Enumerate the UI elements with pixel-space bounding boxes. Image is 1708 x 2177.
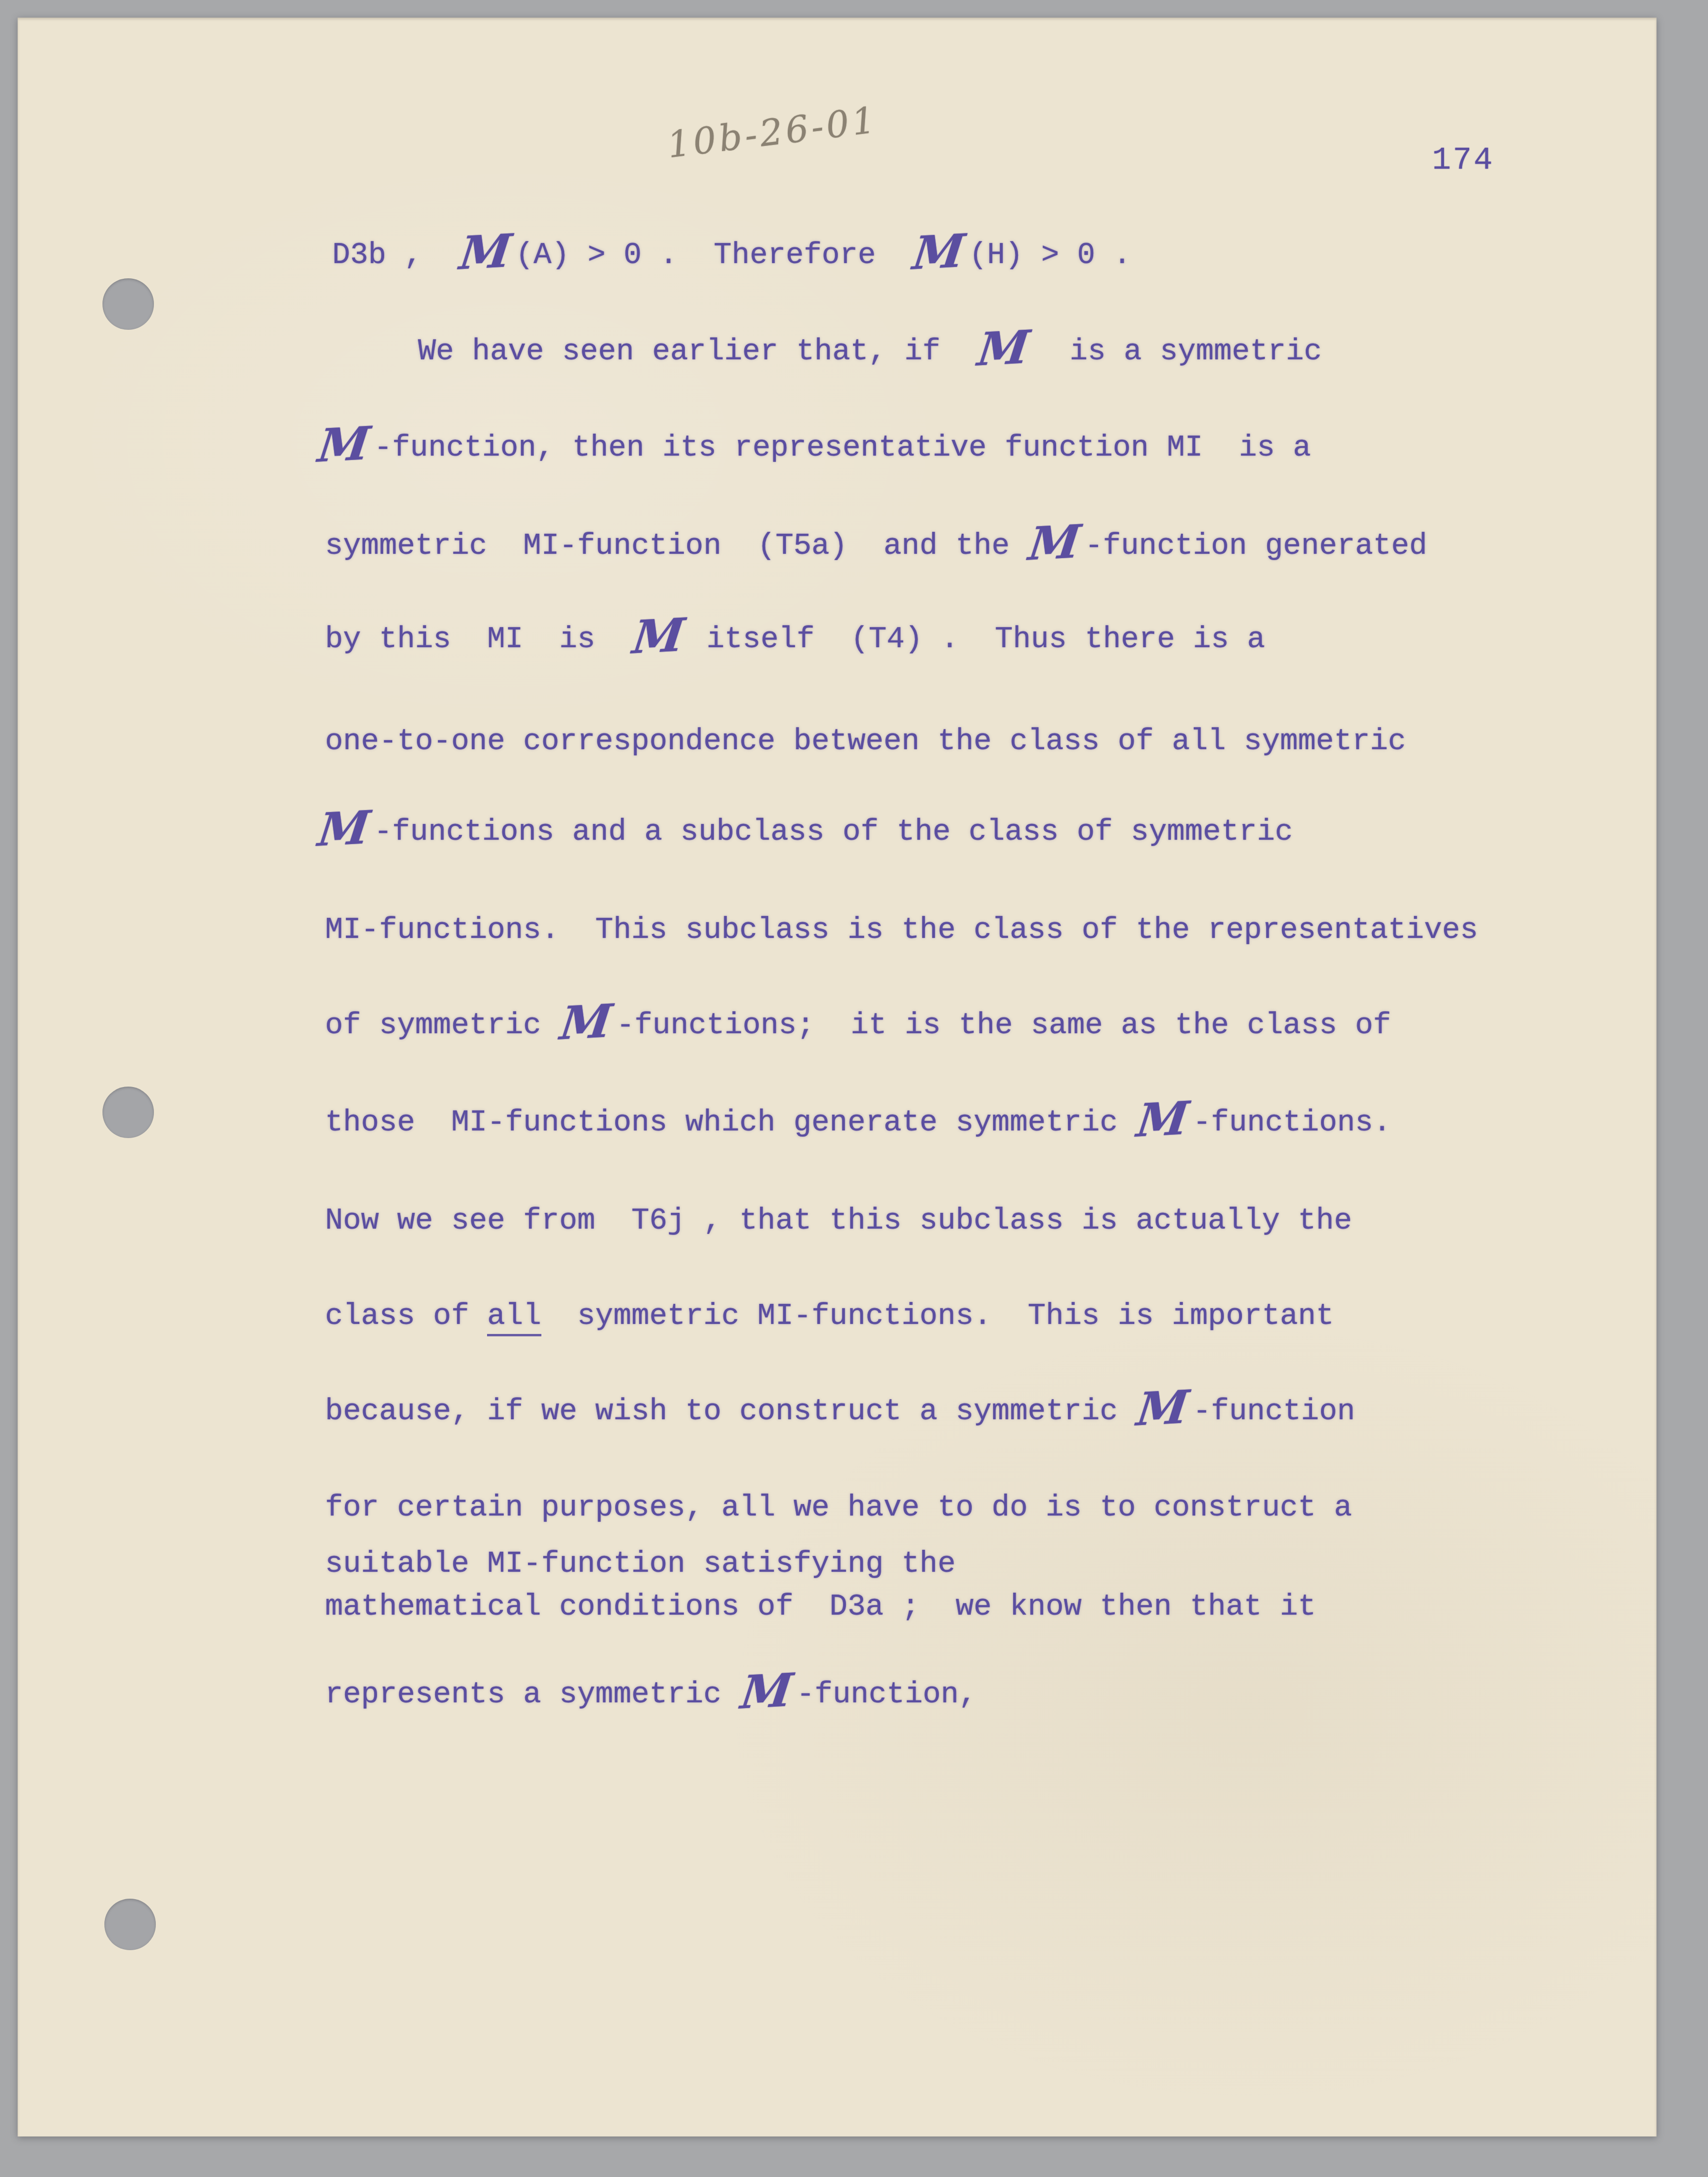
typed-text: -function, bbox=[797, 1678, 977, 1711]
script-M-symbol: M bbox=[1029, 541, 1080, 544]
typed-text: suitable MI-function satisfying the bbox=[325, 1547, 956, 1581]
typed-text: class of bbox=[325, 1299, 487, 1333]
punch-hole bbox=[102, 278, 154, 330]
typed-line: MI-functions. This subclass is the class… bbox=[325, 913, 1478, 948]
script-M-symbol: M bbox=[1138, 1118, 1189, 1121]
typed-line: Now we see from T6j , that this subclass… bbox=[325, 1203, 1352, 1239]
typed-line: of symmetric M-functions; it is the same… bbox=[325, 1008, 1391, 1043]
typed-text: (A) > 0 . Therefore bbox=[516, 238, 912, 272]
typed-line: M-functions and a subclass of the class … bbox=[317, 814, 1293, 850]
typed-text: itself (T4) . Thus there is a bbox=[689, 622, 1265, 656]
typed-text: MI-functions. This subclass is the class… bbox=[325, 913, 1478, 947]
underlined-text: all bbox=[487, 1299, 541, 1336]
typed-line: class of all symmetric MI-functions. Thi… bbox=[325, 1299, 1334, 1334]
typed-line: mathematical conditions of D3a ; we know… bbox=[325, 1589, 1316, 1625]
typed-line: D3b , M(A) > 0 . Therefore M(H) > 0 . bbox=[332, 238, 1131, 273]
typed-text: -functions and a subclass of the class o… bbox=[374, 815, 1293, 849]
script-M-symbol: M bbox=[460, 251, 511, 254]
typed-text: (H) > 0 . bbox=[969, 238, 1131, 272]
page-number: 174 bbox=[1432, 142, 1494, 178]
typed-text: one-to-one correspondence between the cl… bbox=[325, 724, 1406, 758]
typed-text: -function, then its representative funct… bbox=[374, 431, 1311, 465]
typed-text: -functions. bbox=[1193, 1106, 1391, 1139]
typed-line: M-function, then its representative func… bbox=[317, 430, 1311, 466]
script-M-symbol: M bbox=[741, 1690, 792, 1693]
script-M-symbol: M bbox=[319, 827, 370, 830]
typed-line: represents a symmetric M-function, bbox=[325, 1677, 977, 1712]
typed-line: We have seen earlier that, if M is a sym… bbox=[418, 334, 1322, 369]
typed-text: for certain purposes, all we have to do … bbox=[325, 1491, 1352, 1525]
typed-text: -function bbox=[1193, 1394, 1355, 1428]
typed-line: symmetric MI-function (T5a) and the M-fu… bbox=[325, 529, 1427, 564]
typed-text: -function generated bbox=[1085, 529, 1427, 563]
pencil-annotation: 10b-26-01 bbox=[665, 98, 880, 166]
paper-sheet: 10b-26-01 174 D3b , M(A) > 0 . Therefore… bbox=[18, 18, 1657, 2136]
typed-text: of symmetric bbox=[325, 1008, 559, 1042]
script-M-symbol: M bbox=[978, 347, 1029, 350]
typed-text: D3b , bbox=[332, 238, 458, 272]
script-M-symbol: M bbox=[914, 251, 965, 254]
typed-line: those MI-functions which generate symmet… bbox=[325, 1105, 1391, 1140]
typed-text: -functions; it is the same as the class … bbox=[616, 1008, 1391, 1042]
script-M-symbol: M bbox=[561, 1021, 612, 1024]
typed-line: because, if we wish to construct a symme… bbox=[325, 1394, 1355, 1429]
typed-line: for certain purposes, all we have to do … bbox=[325, 1490, 1352, 1526]
typed-line: by this MI is M itself (T4) . Thus there… bbox=[325, 622, 1265, 657]
punch-hole bbox=[102, 1087, 154, 1138]
typed-text: We have seen earlier that, if bbox=[418, 335, 976, 368]
script-M-symbol: M bbox=[1138, 1407, 1189, 1410]
scanned-document: { "document": { "pencil_annotation": "10… bbox=[0, 0, 1708, 2177]
typed-text: because, if we wish to construct a symme… bbox=[325, 1394, 1136, 1428]
script-M-symbol: M bbox=[319, 443, 370, 446]
punch-hole bbox=[104, 1899, 156, 1950]
typed-text: those MI-functions which generate symmet… bbox=[325, 1106, 1136, 1139]
typed-line: suitable MI-function satisfying the bbox=[325, 1546, 956, 1582]
typed-text: symmetric MI-function (T5a) and the bbox=[325, 529, 1027, 563]
typed-line: one-to-one correspondence between the cl… bbox=[325, 724, 1406, 759]
typed-text: Now we see from T6j , that this subclass… bbox=[325, 1204, 1352, 1238]
typed-text: represents a symmetric bbox=[325, 1678, 740, 1711]
typed-text: mathematical conditions of D3a ; we know… bbox=[325, 1590, 1316, 1624]
typed-text: symmetric MI-functions. This is importan… bbox=[541, 1299, 1334, 1333]
typed-text: by this MI is bbox=[325, 622, 631, 656]
script-M-symbol: M bbox=[633, 635, 684, 638]
typed-text: is a symmetric bbox=[1034, 335, 1322, 368]
